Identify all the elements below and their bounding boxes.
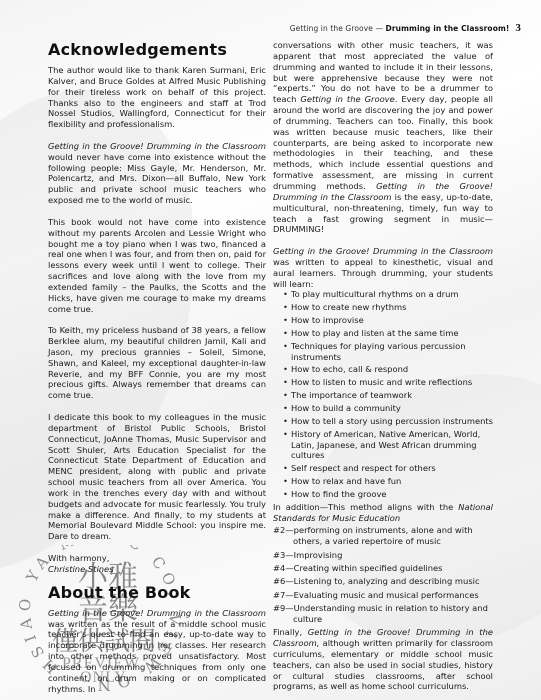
final-paragraph: Finally, Getting in the Groove! Drumming… <box>273 627 493 692</box>
standard-item: #6—Listening to, analyzing and describin… <box>273 576 493 587</box>
book-title: Getting in the Groove <box>300 94 394 104</box>
signature: Christine Stines <box>48 564 266 575</box>
standards-intro: In addition—This method aligns with the … <box>273 502 493 524</box>
about-paragraph-2: Getting in the Groove! Drumming in the C… <box>273 246 493 289</box>
about-paragraph-1-text: was written as the result of a middle sc… <box>48 619 266 694</box>
book-title: Getting in the Groove! Drumming in the C… <box>48 141 266 151</box>
ack-paragraph-2: Getting in the Groove! Drumming in the C… <box>48 141 266 206</box>
list-item: How to find the groove <box>283 489 493 500</box>
signoff: With harmony, Christine Stines <box>48 553 266 575</box>
running-head-title: Getting in the Groove — <box>290 24 386 33</box>
text: In addition—This method aligns with the <box>273 502 458 512</box>
list-item: How to play and listen at the same time <box>283 328 493 339</box>
running-head: Getting in the Groove — Drumming in the … <box>290 22 521 34</box>
book-title: Getting in the Groove! Drumming in the C… <box>48 608 266 618</box>
ack-paragraph-2-text: would never have come into existence wit… <box>48 152 266 205</box>
standard-item: #7—Evaluating music and musical performa… <box>273 590 493 601</box>
ack-paragraph-1: The author would like to thank Karen Sur… <box>48 65 266 130</box>
closing: With harmony, <box>48 553 266 564</box>
standards-list: #2—performing on instruments, alone and … <box>273 525 493 624</box>
list-item: History of American, Native American, Wo… <box>283 429 493 462</box>
standard-item: #2—performing on instruments, alone and … <box>273 525 493 547</box>
standard-item: #9—Understanding music in relation to hi… <box>273 603 493 625</box>
acknowledgements-heading: Acknowledgements <box>48 40 266 60</box>
list-item: Self respect and respect for others <box>283 463 493 474</box>
right-column: conversations with other music teachers,… <box>273 40 493 700</box>
left-column: Acknowledgements The author would like t… <box>48 40 266 700</box>
standard-item: #4—Creating within specified guidelines <box>273 563 493 574</box>
list-item: To play multicultural rhythms on a drum <box>283 289 493 300</box>
list-item: How to echo, call & respond <box>283 364 493 375</box>
text: . Every day, people all around the world… <box>273 94 493 191</box>
list-item: Techniques for playing various percussio… <box>283 341 493 363</box>
ack-paragraph-5: I dedicate this book to my colleagues in… <box>48 412 266 542</box>
list-item: How to build a community <box>283 403 493 414</box>
learning-outcomes-list: To play multicultural rhythms on a drum … <box>283 289 493 499</box>
list-item: How to relax and have fun <box>283 476 493 487</box>
ack-paragraph-3: This book would not have come into exist… <box>48 217 266 315</box>
list-item: The importance of teamwork <box>283 390 493 401</box>
book-title: Getting in the Groove! Drumming in the C… <box>273 246 493 256</box>
text: Finally, <box>273 627 308 637</box>
page-number: 3 <box>515 22 521 34</box>
list-item: How to create new rhythms <box>283 302 493 313</box>
list-item: How to listen to music and write reflect… <box>283 377 493 388</box>
list-item: How to improvise <box>283 315 493 326</box>
about-paragraph-1: Getting in the Groove! Drumming in the C… <box>48 608 266 695</box>
text: was written to appeal to kinesthetic, vi… <box>273 257 493 289</box>
about-heading: About the Book <box>48 583 266 603</box>
about-paragraph-1-continued: conversations with other music teachers,… <box>273 40 493 235</box>
running-head-title-bold: Drumming in the Classroom! <box>386 24 510 33</box>
ack-paragraph-4: To Keith, my priceless husband of 38 yea… <box>48 325 266 401</box>
standard-item: #3—Improvising <box>273 550 493 561</box>
list-item: How to tell a story using percussion ins… <box>283 416 493 427</box>
